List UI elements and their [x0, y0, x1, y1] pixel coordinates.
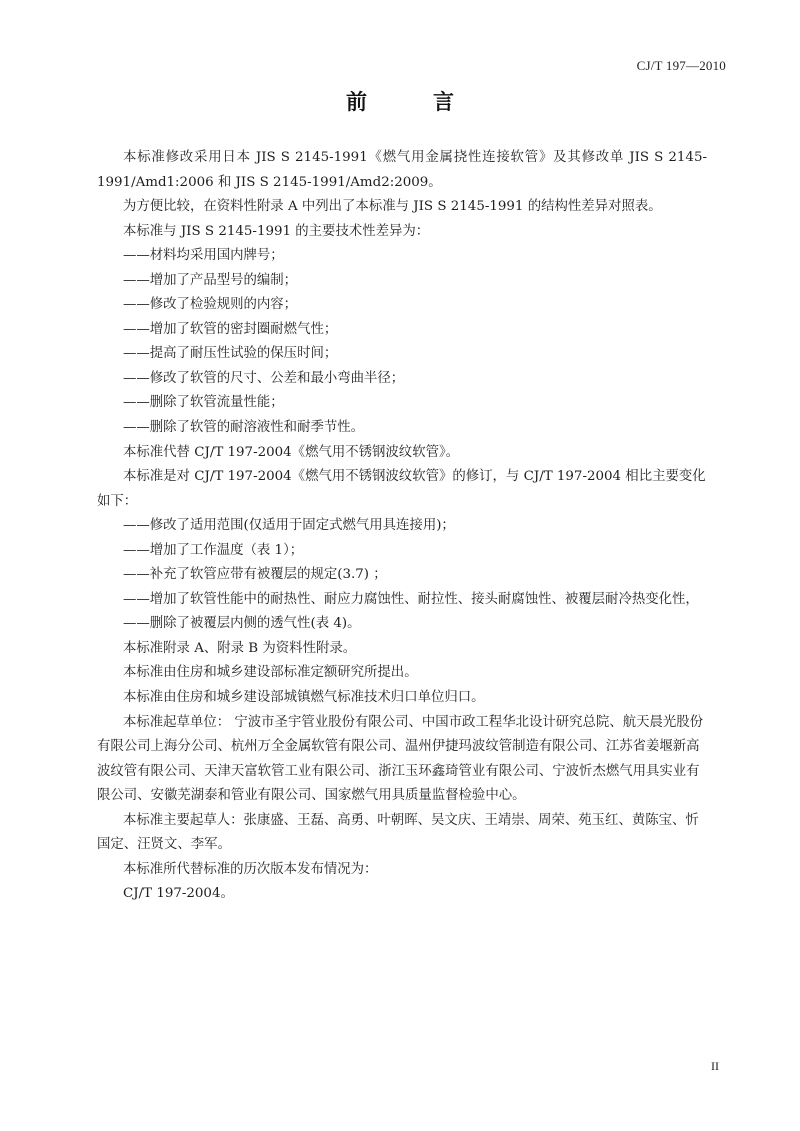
list-item-change: ——增加了软管性能中的耐热性、耐应力腐蚀性、耐拉性、接头耐腐蚀性、被覆层耐冷热变… [97, 588, 707, 613]
list-item-difference: ——删除了软管的耐溶液性和耐季节性。 [97, 416, 707, 441]
document-page: CJ/T 197—2010 前言 本标准修改采用日本 JIS S 2145-19… [0, 0, 800, 1131]
paragraph-proposed-by: 本标准由住房和城乡建设部标准定额研究所提出。 [97, 661, 707, 686]
list-item-difference: ——修改了软管的尺寸、公差和最小弯曲半径； [97, 367, 707, 392]
standard-code: CJ/T 197—2010 [637, 58, 726, 74]
paragraph-replaces: 本标准代替 CJ/T 197-2004《燃气用不锈钢波纹软管》。 [97, 441, 707, 466]
page-number: II [711, 1059, 719, 1074]
list-item-change: ——补充了软管应带有被覆层的规定(3.7) ； [97, 563, 707, 588]
list-item-difference: ——修改了检验规则的内容； [97, 293, 707, 318]
title-char-2: 言 [433, 86, 454, 116]
list-item-difference: ——删除了软管流量性能； [97, 391, 707, 416]
paragraph-previous-editions: 本标准所代替标准的历次版本发布情况为： [97, 858, 707, 883]
paragraph-revision-intro: 本标准是对 CJ/T 197-2004《燃气用不锈钢波纹软管》的修订，与 CJ/… [97, 465, 707, 514]
list-item-change: ——删除了被覆层内侧的透气性(表 4)。 [97, 612, 707, 637]
paragraph-drafters: 本标准主要起草人：张康盛、王磊、高勇、叶朝晖、吴文庆、王靖崇、周荣、苑玉红、黄陈… [97, 809, 707, 858]
list-item-difference: ——增加了软管的密封圈耐燃气性； [97, 318, 707, 343]
paragraph-comparison: 为方便比较，在资料性附录 A 中列出了本标准与 JIS S 2145-1991 … [97, 195, 707, 220]
paragraph-adoption: 本标准修改采用日本 JIS S 2145-1991《燃气用金属挠性连接软管》及其… [97, 146, 707, 195]
page-title: 前言 [0, 86, 800, 116]
paragraph-administered-by: 本标准由住房和城乡建设部城镇燃气标准技术归口单位归口。 [97, 686, 707, 711]
foreword-body: 本标准修改采用日本 JIS S 2145-1991《燃气用金属挠性连接软管》及其… [97, 146, 707, 907]
list-item-difference: ——增加了产品型号的编制； [97, 269, 707, 294]
paragraph-appendices: 本标准附录 A、附录 B 为资料性附录。 [97, 637, 707, 662]
paragraph-tech-differences-intro: 本标准与 JIS S 2145-1991 的主要技术性差异为： [97, 220, 707, 245]
list-item-change: ——修改了适用范围(仅适用于固定式燃气用具连接用)； [97, 514, 707, 539]
paragraph-previous-edition-code: CJ/T 197-2004。 [97, 882, 707, 907]
list-item-difference: ——材料均采用国内牌号； [97, 244, 707, 269]
paragraph-drafting-units: 本标准起草单位： 宁波市圣宇管业股份有限公司、中国市政工程华北设计研究总院、航天… [97, 711, 707, 809]
list-item-change: ——增加了工作温度（表 1）； [97, 539, 707, 564]
list-item-difference: ——提高了耐压性试验的保压时间； [97, 342, 707, 367]
title-char-1: 前 [346, 86, 367, 116]
